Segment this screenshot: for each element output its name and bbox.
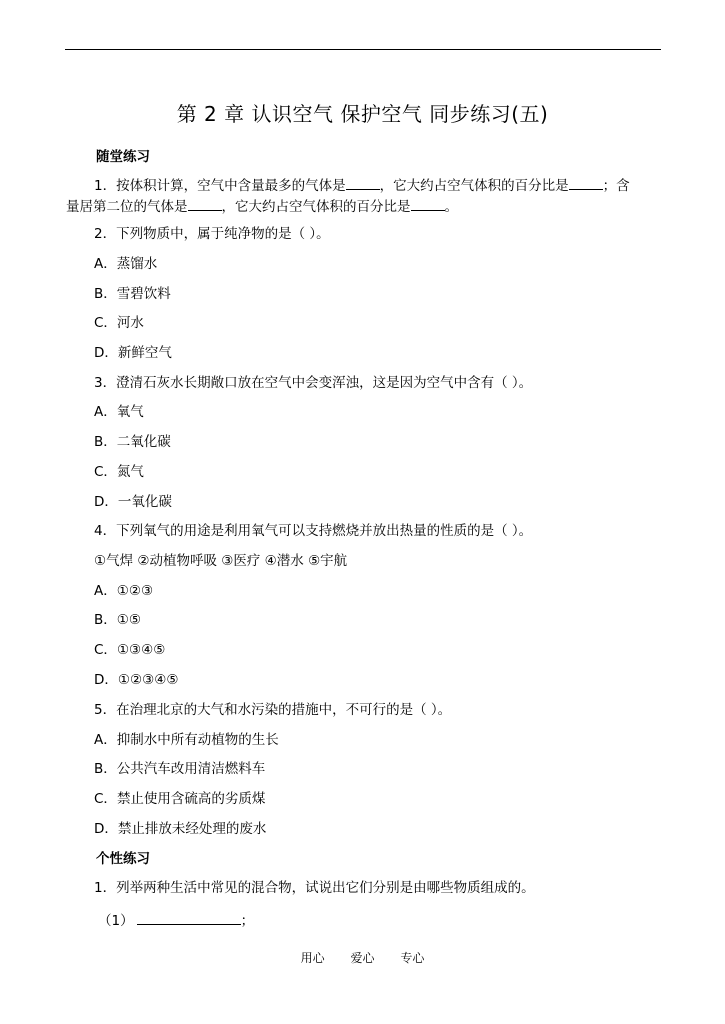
fill-blank[interactable] [346,176,380,190]
header-rule [65,49,661,50]
question-number: 3． [94,375,116,391]
individual-question-1: 1．列举两种生活中常见的混合物，试说出它们分别是由哪些物质组成的。 [94,879,535,897]
answer-blank[interactable] [137,911,241,925]
question-number: 5． [94,702,116,718]
question-text: 在治理北京的大气和水污染的措施中，不可行的是（ ）。 [116,702,451,718]
question-2: 2．下列物质中，属于纯净物的是（ ）。 [94,225,330,243]
question-4: 4．下列氧气的用途是利用氧气可以支持燃烧并放出热量的性质的是（ ）。 [94,522,532,540]
question-4-option-b[interactable]: B．①⑤ [94,611,141,629]
question-5-option-d[interactable]: D．禁止排放未经处理的废水 [94,820,266,838]
question-2-option-c[interactable]: C．河水 [94,314,144,332]
section-heading-individual: 个性练习 [96,850,150,868]
footer-text: 用心 [301,951,325,965]
question-text: 下列物质中，属于纯净物的是（ ）。 [116,226,330,242]
question-4-option-d[interactable]: D．①②③④⑤ [94,671,178,689]
question-3-option-a[interactable]: A．氧气 [94,403,144,421]
question-5: 5．在治理北京的大气和水污染的措施中，不可行的是（ ）。 [94,701,451,719]
answer-line-1: （1）； [98,911,254,930]
fill-blank[interactable] [188,197,222,211]
page-footer: 用心 爱心 专心 [0,949,725,967]
question-5-option-c[interactable]: C．禁止使用含硫高的劣质煤 [94,790,265,808]
question-3-option-c[interactable]: C．氮气 [94,463,144,481]
question-text: 列举两种生活中常见的混合物，试说出它们分别是由哪些物质组成的。 [116,880,535,896]
question-4-option-a[interactable]: A．①②③ [94,582,153,600]
question-3-option-b[interactable]: B．二氧化碳 [94,433,171,451]
question-number: 4． [94,523,116,539]
question-1-line-1: 1．按体积计算，空气中含量最多的气体是，它大约占空气体积的百分比是；含 [94,176,630,195]
question-text: 澄清石灰水长期敞口放在空气中会变浑浊，这是因为空气中含有（ ）。 [116,375,532,391]
question-3: 3．澄清石灰水长期敞口放在空气中会变浑浊，这是因为空气中含有（ ）。 [94,374,532,392]
question-3-option-d[interactable]: D．一氧化碳 [94,493,172,511]
footer-text: 爱心 [350,951,374,965]
question-number: 1． [94,178,116,194]
question-2-option-b[interactable]: B．雪碧饮料 [94,285,171,303]
footer-text: 专心 [400,951,424,965]
question-2-option-d[interactable]: D．新鲜空气 [94,344,172,362]
question-2-option-a[interactable]: A．蒸馏水 [94,255,157,273]
question-1-line-2: 量居第二位的气体是，它大约占空气体积的百分比是。 [66,197,458,216]
question-5-option-b[interactable]: B．公共汽车改用清洁燃料车 [94,760,265,778]
question-4-option-c[interactable]: C．①③④⑤ [94,641,165,659]
section-heading-in-class: 随堂练习 [96,148,150,166]
fill-blank[interactable] [411,197,445,211]
question-4-items: ①气焊 ②动植物呼吸 ③医疗 ④潜水 ⑤宇航 [94,552,347,570]
document-title: 第 2 章 认识空气 保护空气 同步练习(五) [0,100,725,128]
question-5-option-a[interactable]: A．抑制水中所有动植物的生长 [94,731,279,749]
question-number: 2． [94,226,116,242]
question-text: 下列氧气的用途是利用氧气可以支持燃烧并放出热量的性质的是（ ）。 [116,523,532,539]
question-number: 1． [94,880,116,896]
fill-blank[interactable] [569,176,603,190]
